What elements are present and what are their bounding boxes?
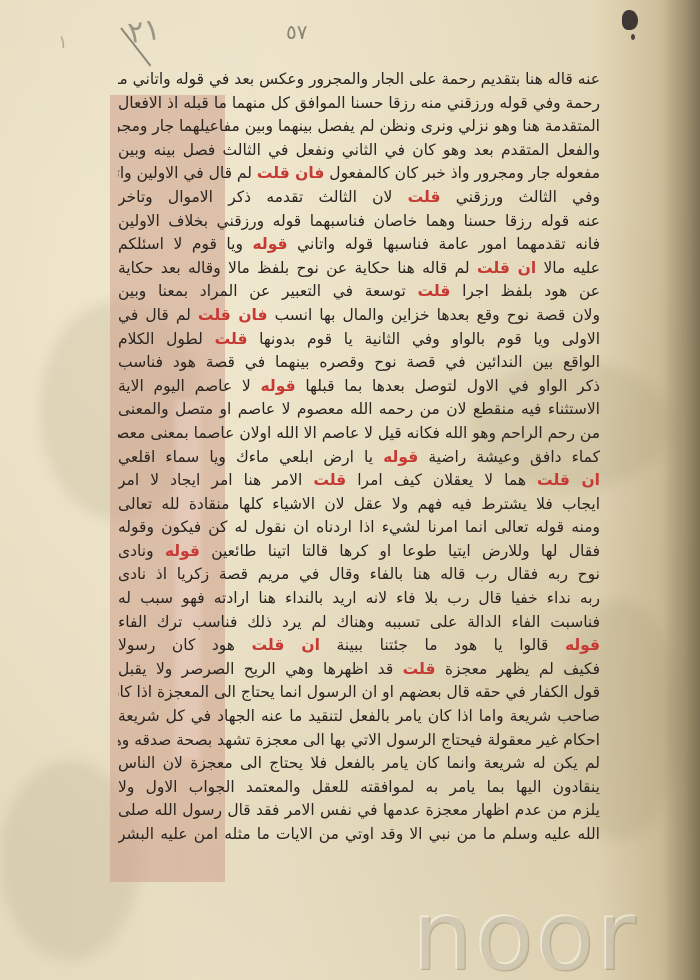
text-segment: احكام غير معقولة فيحتاج الرسول الاتي بها… xyxy=(118,731,600,749)
text-line: ان قلت هما لا يعقلان كيف امرا قلت الامر … xyxy=(118,469,600,493)
text-segment: عليه مالا xyxy=(536,259,600,277)
text-segment: لم قاله هنا حكاية عن نوح بلفظ مالا وقاله… xyxy=(118,259,477,277)
text-line: صاحب شريعة واما اذا كان يامر بالفعل لتنق… xyxy=(118,705,600,729)
text-segment: فقال لها وللارض ايتيا طوعا او كرها قالتا… xyxy=(200,542,600,560)
text-segment: يا ارض ابلعي ماءك ويا سماء اقلعي xyxy=(118,448,383,466)
text-segment: قالوا يا هود ما جئتنا ببينة xyxy=(320,636,565,654)
rubric-heading: فان قلت xyxy=(198,306,268,324)
rubric-heading: قوله xyxy=(565,636,600,654)
text-segment: ايجاب فلا يشترط فيه فهم ولا عقل لان الاش… xyxy=(118,495,600,513)
text-line: يلزم من عدم اظهار معجزة عدمها في نفس الا… xyxy=(118,799,600,823)
text-line: ينقادون اليها بما يامر به لموافقته للعقل… xyxy=(118,776,600,800)
text-segment: ذكر الواو في الاول لتوصل بعدها بما قبلها xyxy=(296,377,600,395)
text-segment: ولان قصة نوح وقع بعدها خزاين والمال بها … xyxy=(268,306,600,324)
text-line: عليه مالا ان قلت لم قاله هنا حكاية عن نو… xyxy=(118,257,600,281)
text-line: عنه قاله هنا بتقديم رحمة على الجار والمج… xyxy=(118,68,600,92)
text-line: الله عليه وسلم ما من نبي الا وقد اوتي من… xyxy=(118,823,600,847)
text-line: ولان قصة نوح وقع بعدها خزاين والمال بها … xyxy=(118,304,600,328)
text-line: لم يكن له شريعة وانما كان يامر بالفعل فل… xyxy=(118,752,600,776)
rubric-heading: قلت xyxy=(313,471,346,489)
text-segment: قول الكفار في حقه قال بعضهم او ان الرسول… xyxy=(118,683,600,701)
text-segment: لم قال في xyxy=(118,306,198,324)
page-edge-shadow xyxy=(664,0,700,980)
rubric-heading: ان قلت xyxy=(477,259,536,277)
page-number: ٥٧ xyxy=(286,20,307,44)
ink-blot xyxy=(622,10,638,30)
text-segment: عن هود بلفظ اجرا xyxy=(450,282,600,300)
rubric-heading: قوله xyxy=(252,235,287,253)
margin-mark: ١ xyxy=(58,32,68,53)
text-segment: الاستثناء فيه منقطع لان من رحمه الله معص… xyxy=(118,400,600,418)
text-segment: عنه قاله هنا بتقديم رحمة على الجار والمج… xyxy=(118,70,600,88)
text-line: من رحم الراحم وهو الله فكانه قيل لا عاصم… xyxy=(118,422,600,446)
text-segment: عنه قوله رزقا حسنا وهما خاصان فناسبهما ق… xyxy=(118,212,600,230)
rubric-heading: قوله xyxy=(383,448,418,466)
text-segment: الاولى ويا قوم بالواو وفي الثانية يا قوم… xyxy=(247,330,600,348)
ink-drop xyxy=(631,34,635,40)
text-segment: لطول الكلام xyxy=(118,330,215,348)
text-line: ربه نداء خفيا قال رب بلا فاء لانه اريد ب… xyxy=(118,587,600,611)
text-line: احكام غير معقولة فيحتاج الرسول الاتي بها… xyxy=(118,729,600,753)
rubric-heading: قلت xyxy=(408,188,441,206)
text-line: المتقدمة هنا وهو نزلي ونرى ونظن لم يفصل … xyxy=(118,115,600,139)
text-segment: نوح ربه فقال رب قاله هنا بالفاء وقال في … xyxy=(118,565,600,583)
text-segment: ونادى xyxy=(118,542,165,560)
text-segment: الله عليه وسلم ما من نبي الا وقد اوتي من… xyxy=(118,825,600,843)
rubric-heading: قوله xyxy=(165,542,200,560)
manuscript-page: ١ ٢١ ٥٧ عنه قاله هنا بتقديم رحمة على الج… xyxy=(0,0,700,980)
text-segment: ربه نداء خفيا قال رب بلا فاء لانه اريد ب… xyxy=(118,589,600,607)
text-segment: الواقع بين الندائين في قصة نوح وقصره بين… xyxy=(118,353,600,371)
text-line: فكيف لم يظهر معجزة قلت قد اظهرها وهي الر… xyxy=(118,658,600,682)
text-segment: وفي الثالث ورزقني xyxy=(441,188,600,206)
text-segment: هود كان رسولا xyxy=(118,636,251,654)
rubric-heading: قلت xyxy=(215,330,248,348)
text-line: الواقع بين الندائين في قصة نوح وقصره بين… xyxy=(118,351,600,375)
text-segment: الامر هنا امر ايجاد لا امر xyxy=(118,471,313,489)
text-line: فقال لها وللارض ايتيا طوعا او كرها قالتا… xyxy=(118,540,600,564)
text-segment: ينقادون اليها بما يامر به لموافقته للعقل… xyxy=(118,778,600,796)
text-line: مفعوله جار ومجرور واذ خبر كان كالمفعول ف… xyxy=(118,162,600,186)
manuscript-text-body: عنه قاله هنا بتقديم رحمة على الجار والمج… xyxy=(118,68,600,847)
watermark: noor xyxy=(412,888,638,980)
text-segment: رحمة وفي قوله ورزقني منه رزقا حسنا الموا… xyxy=(118,94,600,112)
text-line: قوله قالوا يا هود ما جئتنا ببينة ان قلت … xyxy=(118,634,600,658)
text-line: قول الكفار في حقه قال بعضهم او ان الرسول… xyxy=(118,681,600,705)
text-line: عن هود بلفظ اجرا قلت توسعة في التعبير عن… xyxy=(118,280,600,304)
text-line: عنه قوله رزقا حسنا وهما خاصان فناسبهما ق… xyxy=(118,210,600,234)
text-segment: والفعل المتقدم بعد وهو كان في الثاني ونف… xyxy=(118,141,600,159)
text-line: ومنه قوله تعالى انما امرنا لشيء اذا اردن… xyxy=(118,516,600,540)
text-line: والفعل المتقدم بعد وهو كان في الثاني ونف… xyxy=(118,139,600,163)
rubric-heading: فان قلت xyxy=(257,164,324,182)
text-segment: قد اظهرها وهي الريح الصرصر ولا يقبل xyxy=(118,660,403,678)
text-segment: مفعوله جار ومجرور واذ خبر كان كالمفعول xyxy=(324,164,600,182)
rubric-heading: قلت xyxy=(403,660,436,678)
text-line: رحمة وفي قوله ورزقني منه رزقا حسنا الموا… xyxy=(118,92,600,116)
pencil-folio-note: ٢١ xyxy=(126,12,163,51)
text-segment: ومنه قوله تعالى انما امرنا لشيء اذا اردن… xyxy=(118,518,600,536)
text-segment: هما لا يعقلان كيف امرا xyxy=(346,471,537,489)
text-line: فانه تقدمهما امور عامة فناسبها قوله واتا… xyxy=(118,233,600,257)
rubric-heading: قوله xyxy=(261,377,296,395)
text-segment: فناسبت الفاء الدالة على تسببه وهناك لم ي… xyxy=(118,613,600,631)
text-line: نوح ربه فقال رب قاله هنا بالفاء وقال في … xyxy=(118,563,600,587)
text-line: الاولى ويا قوم بالواو وفي الثانية يا قوم… xyxy=(118,328,600,352)
rubric-heading: قلت xyxy=(418,282,451,300)
text-line: كماء دافق وعيشة راضية قوله يا ارض ابلعي … xyxy=(118,446,600,470)
text-segment: فكيف لم يظهر معجزة xyxy=(436,660,600,678)
text-segment: لم قال في الاولين واتاني xyxy=(118,164,257,182)
text-segment: كماء دافق وعيشة راضية xyxy=(418,448,600,466)
text-segment: توسعة في التعبير عن المراد بمعنا وبين xyxy=(118,282,418,300)
text-segment: يلزم من عدم اظهار معجزة عدمها في نفس الا… xyxy=(118,801,600,819)
text-line: فناسبت الفاء الدالة على تسببه وهناك لم ي… xyxy=(118,611,600,635)
text-line: ذكر الواو في الاول لتوصل بعدها بما قبلها… xyxy=(118,375,600,399)
text-segment: لان الثالث تقدمه ذكر الاموال وتاخر xyxy=(118,188,408,206)
text-segment: لم يكن له شريعة وانما كان يامر بالفعل فل… xyxy=(118,754,600,772)
text-segment: صاحب شريعة واما اذا كان يامر بالفعل لتنق… xyxy=(118,707,600,725)
text-segment: فانه تقدمهما امور عامة فناسبها قوله واتا… xyxy=(288,235,600,253)
text-segment: لا عاصم اليوم الاية xyxy=(118,377,261,395)
text-line: وفي الثالث ورزقني قلت لان الثالث تقدمه ذ… xyxy=(118,186,600,210)
rubric-heading: ان قلت xyxy=(537,471,600,489)
text-segment: المتقدمة هنا وهو نزلي ونرى ونظن لم يفصل … xyxy=(118,117,600,135)
text-line: ايجاب فلا يشترط فيه فهم ولا عقل لان الاش… xyxy=(118,493,600,517)
text-segment: ويا قوم لا اسئلكم xyxy=(118,235,252,253)
rubric-heading: ان قلت xyxy=(251,636,319,654)
text-line: الاستثناء فيه منقطع لان من رحمه الله معص… xyxy=(118,398,600,422)
text-segment: من رحم الراحم وهو الله فكانه قيل لا عاصم… xyxy=(118,424,600,442)
